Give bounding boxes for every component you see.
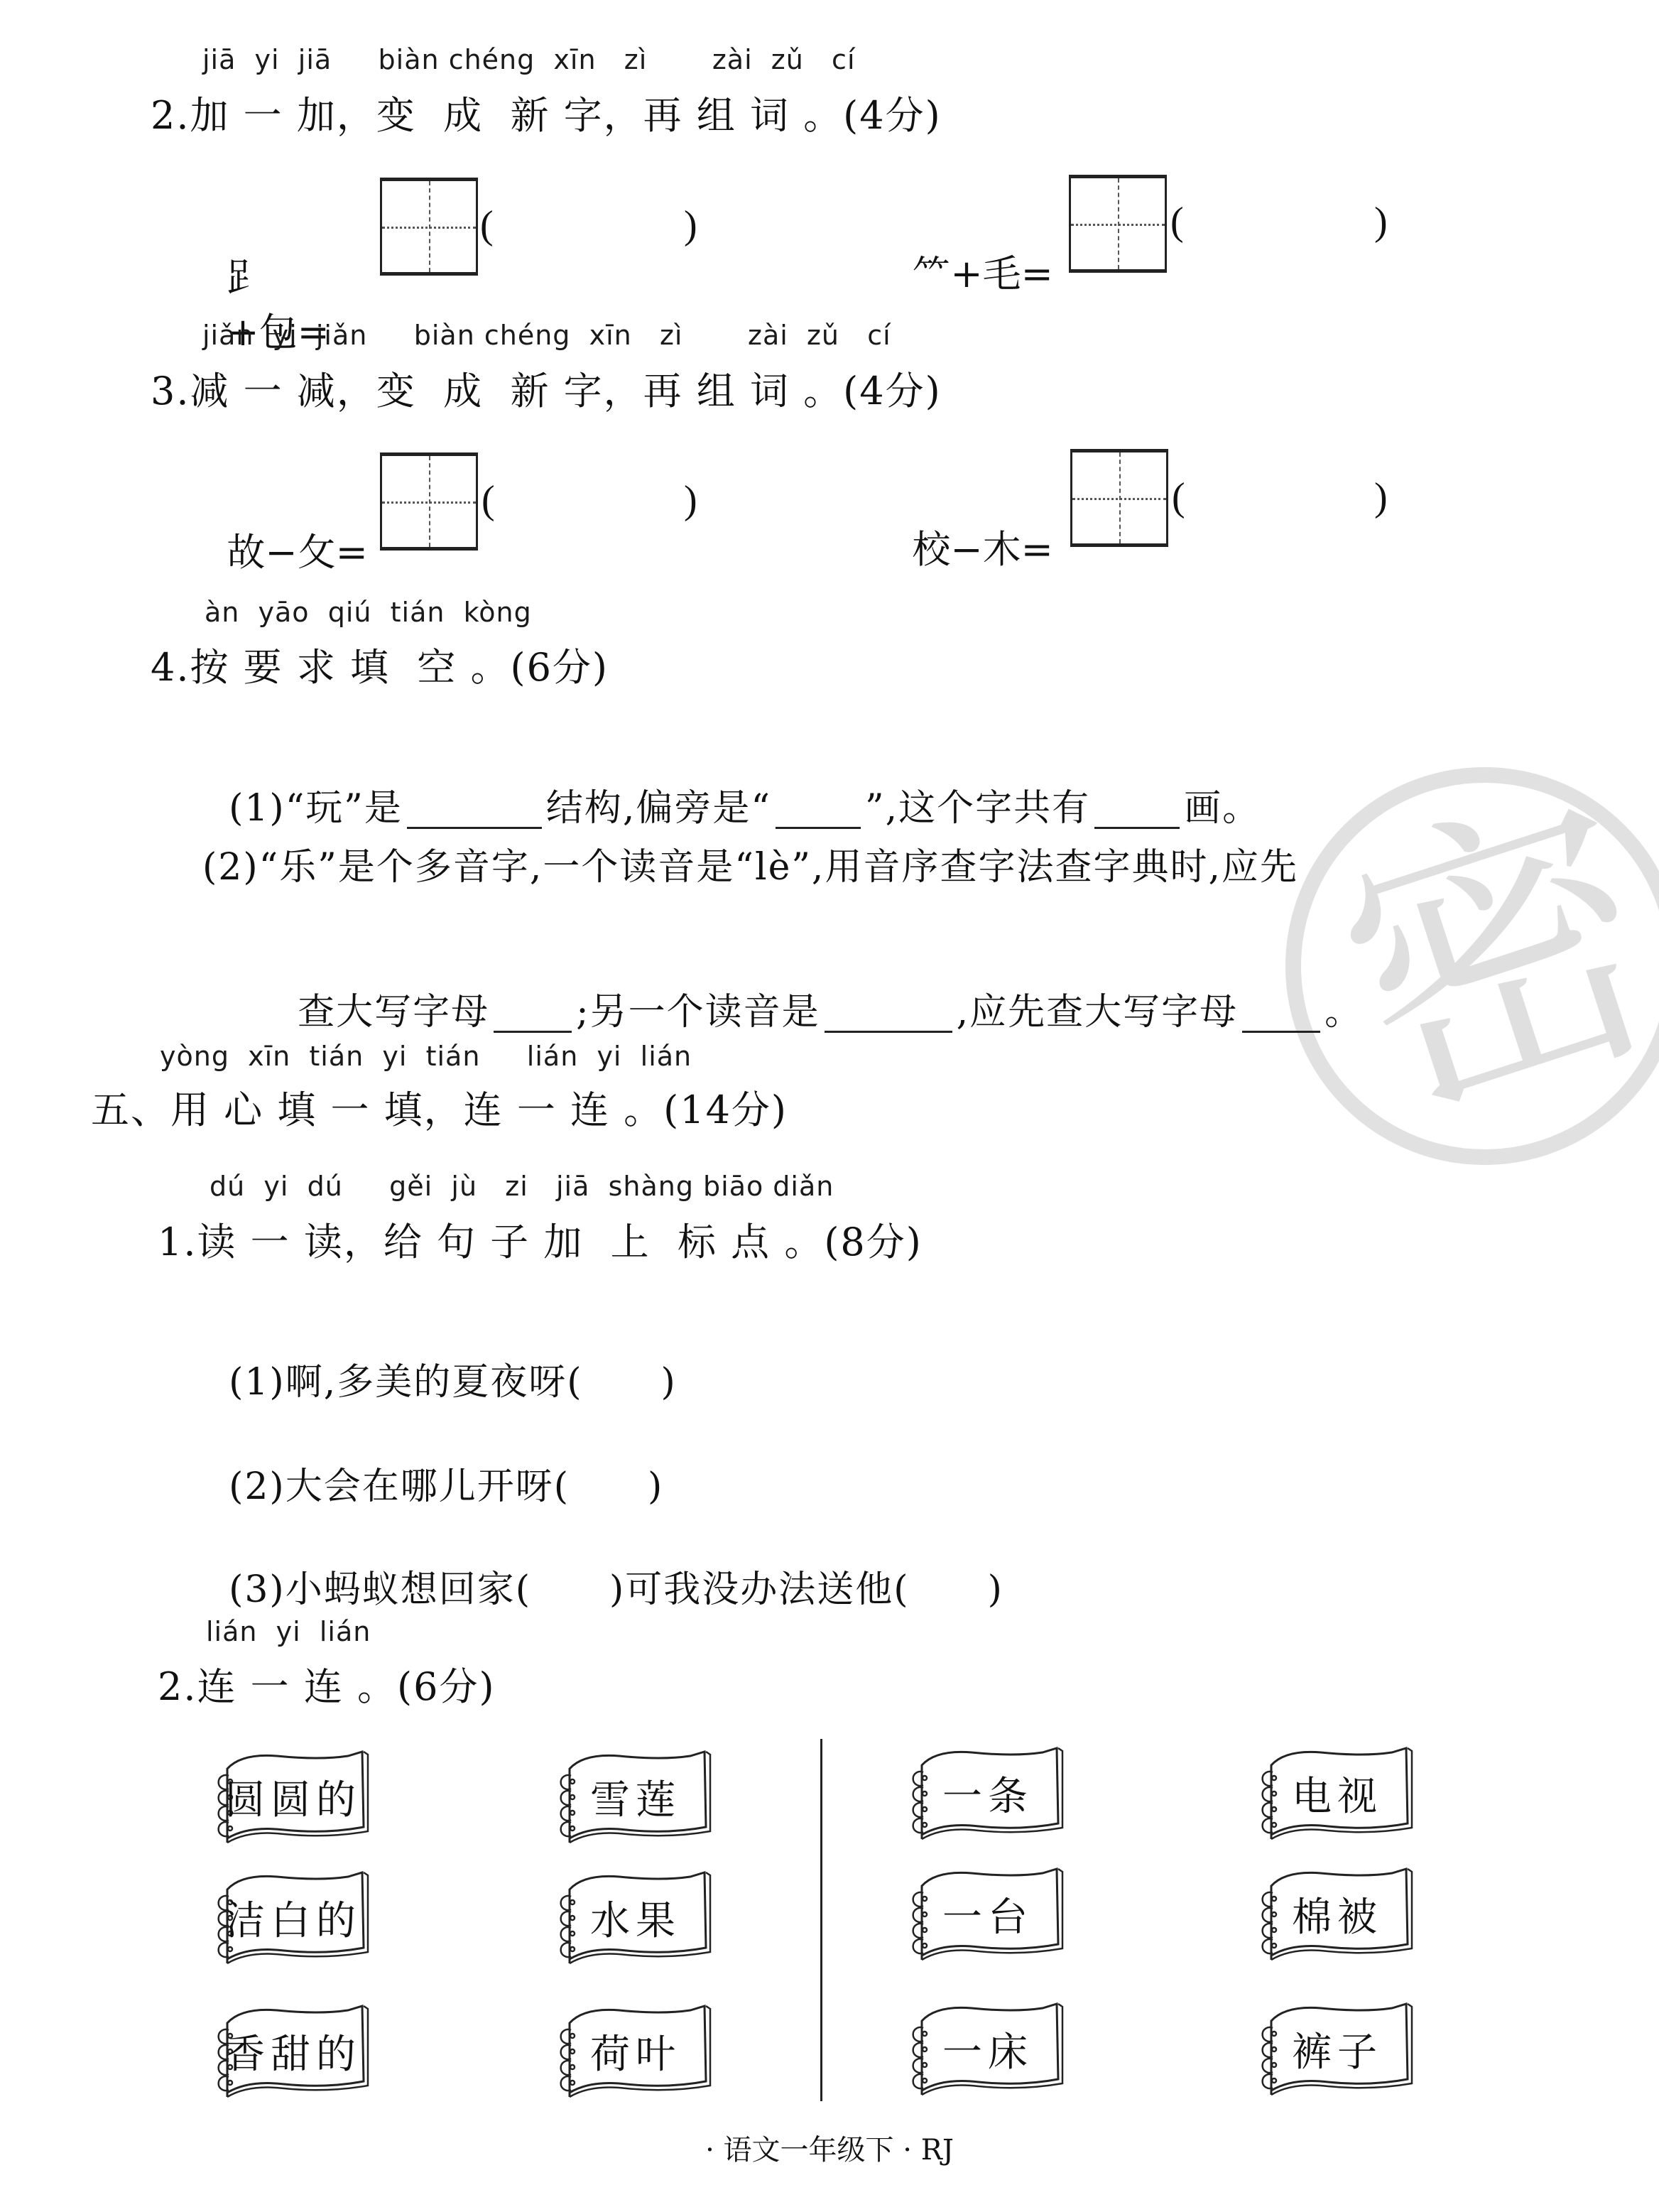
card-label: 荷叶 <box>570 2023 702 2080</box>
card-label: 电视 <box>1271 1765 1403 1822</box>
q4-heading: 4.按 要 求 填 空 。(6分) <box>151 637 609 692</box>
equals-sign: = <box>1021 527 1053 572</box>
q3-item-2-left: 校 <box>912 527 950 572</box>
card-col4-1[interactable]: 电视 <box>1243 1744 1413 1843</box>
plus-sign: + <box>950 251 982 296</box>
paren-close: ) <box>661 1361 677 1404</box>
q3-paren-open-2: ( <box>1172 475 1185 520</box>
q3-pinyin: jiǎn yi jiǎn biàn chéng xīn zì zài zǔ cí <box>202 320 891 351</box>
q2-pinyin: jiā yi jiā biàn chéng xīn zì zài zǔ cí <box>202 44 856 75</box>
watermark-char: 密 <box>1312 772 1659 1148</box>
sentence-1: (1)啊,多美的夏夜呀() <box>202 1309 677 1405</box>
structure-blank[interactable] <box>407 826 542 829</box>
card-col2-1[interactable]: 雪莲 <box>541 1747 712 1847</box>
sentence-3: (3)小蚂蚁想回家()可我没办法送他() <box>202 1517 1003 1612</box>
card-col1-3[interactable]: 香甜的 <box>199 2002 369 2101</box>
q4-sub2-text-1: 查大写字母 <box>298 991 489 1034</box>
section5-heading: 五、用 心 填 一 填，连 一 连 。(14分) <box>91 1080 788 1134</box>
q4-sub1-text-1: (1)“玩”是 <box>229 787 403 830</box>
page-footer: · 语文一年级下 · RJ <box>0 2127 1659 2168</box>
s5q2-pinyin: lián yi lián <box>206 1616 371 1647</box>
q4-sub1-text-4: 画。 <box>1184 787 1261 830</box>
q2-item-1-left: 𧾷 <box>227 255 265 300</box>
q4-sub2-text-3: ,应先查大写字母 <box>957 991 1239 1034</box>
card-label: 圆圆的 <box>227 1769 359 1826</box>
q2-paren-open-1: ( <box>480 202 494 248</box>
q3-heading: 3.减 一 减，变 成 新 字，再 组 词 。(4分) <box>151 361 942 416</box>
s5q1-pinyin: dú yi dú gěi jù zi jiā shàng biāo diǎn <box>210 1171 834 1202</box>
initial-letter-blank-1[interactable] <box>494 1030 572 1033</box>
card-label: 香甜的 <box>227 2023 359 2080</box>
initial-letter-blank-2[interactable] <box>1242 1030 1320 1033</box>
q3-item-1-right: 攵 <box>298 530 336 575</box>
q3-paren-close-1: ) <box>684 477 697 523</box>
q2-heading: 2.加 一 加，变 成 新 字，再 组 词 。(4分) <box>151 85 942 140</box>
q2-word-blank-2[interactable] <box>1187 202 1372 245</box>
q3-item-2: 校−木= <box>888 475 1053 574</box>
q3-word-blank-2[interactable] <box>1189 478 1374 521</box>
card-label: 雪莲 <box>570 1769 702 1826</box>
card-label: 一条 <box>922 1765 1054 1822</box>
card-label: 棉被 <box>1271 1886 1403 1943</box>
card-col1-2[interactable]: 洁白的 <box>199 1868 369 1968</box>
equals-sign: = <box>1021 251 1053 296</box>
q2-paren-close-1: ) <box>684 202 697 248</box>
q2-answer-grid-2[interactable] <box>1069 175 1167 273</box>
s5q1-heading: 1.读 一 读，给 句 子 加 上 标 点 。(8分) <box>158 1212 923 1267</box>
paren-close: ) <box>988 1568 1003 1611</box>
other-reading-blank[interactable] <box>825 1030 952 1033</box>
sentence-3-text-2: )可我没办法送他( <box>609 1568 910 1611</box>
card-label: 裤子 <box>1271 2021 1403 2078</box>
q4-sub1-text-2: 结构,偏旁是“ <box>546 787 771 830</box>
card-col2-2[interactable]: 水果 <box>541 1868 712 1968</box>
q2-item-2-left: ⺮ <box>912 251 950 296</box>
stroke-count-blank[interactable] <box>1094 826 1180 829</box>
q3-paren-open-1: ( <box>482 477 495 523</box>
q3-answer-grid-1[interactable] <box>380 452 478 551</box>
q3-answer-grid-2[interactable] <box>1070 449 1168 547</box>
card-col1-1[interactable]: 圆圆的 <box>199 1747 369 1847</box>
card-label: 一台 <box>922 1886 1054 1943</box>
sentence-2-text: (2)大会在哪儿开呀( <box>229 1465 570 1508</box>
q2-item-2: ⺮+毛= <box>888 199 1053 298</box>
card-col4-2[interactable]: 棉被 <box>1243 1865 1413 1964</box>
card-label: 水果 <box>570 1890 702 1946</box>
q3-item-1-left: 故 <box>227 530 265 575</box>
q4-sub2-text-4: 。 <box>1325 991 1363 1034</box>
minus-sign: − <box>265 530 297 575</box>
card-col3-3[interactable]: 一床 <box>893 2000 1064 2099</box>
q4-sub1-text-3: ”,这个字共有 <box>865 787 1090 830</box>
paren-close: ) <box>648 1465 663 1508</box>
sentence-3-text-1: (3)小蚂蚁想回家( <box>229 1568 531 1611</box>
section5-pinyin: yòng xīn tián yi tián lián yi lián <box>160 1041 692 1072</box>
q3-paren-close-2: ) <box>1374 475 1388 520</box>
q2-item-2-right: 毛 <box>983 251 1021 296</box>
card-label: 洁白的 <box>227 1890 359 1946</box>
card-col2-3[interactable]: 荷叶 <box>541 2002 712 2101</box>
equals-sign: = <box>336 530 368 575</box>
sentence-1-text: (1)啊,多美的夏夜呀( <box>229 1361 582 1404</box>
s5q2-heading: 2.连 一 连 。(6分) <box>158 1657 496 1711</box>
sentence-2: (2)大会在哪儿开呀() <box>202 1414 663 1509</box>
q2-paren-close-2: ) <box>1374 199 1388 244</box>
q4-sub2-line1: (2)“乐”是个多音字,一个读音是“lè”,用音序查字法查字典时,应先 <box>202 837 1298 890</box>
q2-paren-open-2: ( <box>1170 199 1184 244</box>
card-col3-1[interactable]: 一条 <box>893 1744 1064 1843</box>
q3-item-1: 故−攵= <box>202 477 368 577</box>
q4-sub2-text-2: ;另一个读音是 <box>576 991 820 1034</box>
q4-pinyin: àn yāo qiú tián kòng <box>205 597 532 628</box>
q3-word-blank-1[interactable] <box>499 481 683 524</box>
card-col3-2[interactable]: 一台 <box>893 1865 1064 1964</box>
q2-answer-grid-1[interactable] <box>380 178 478 276</box>
card-col4-3[interactable]: 裤子 <box>1243 2000 1413 2099</box>
q4-sub1: (1)“玩”是结构,偏旁是“”,这个字共有画。 <box>202 735 1261 831</box>
column-divider <box>820 1739 822 2101</box>
q3-item-2-right: 木 <box>983 527 1021 572</box>
q4-sub2-line2: 查大写字母;另一个读音是,应先查大写字母。 <box>271 939 1363 1035</box>
q2-word-blank-1[interactable] <box>497 206 682 249</box>
radical-blank[interactable] <box>776 826 861 829</box>
card-label: 一床 <box>922 2021 1054 2078</box>
minus-sign: − <box>950 527 982 572</box>
